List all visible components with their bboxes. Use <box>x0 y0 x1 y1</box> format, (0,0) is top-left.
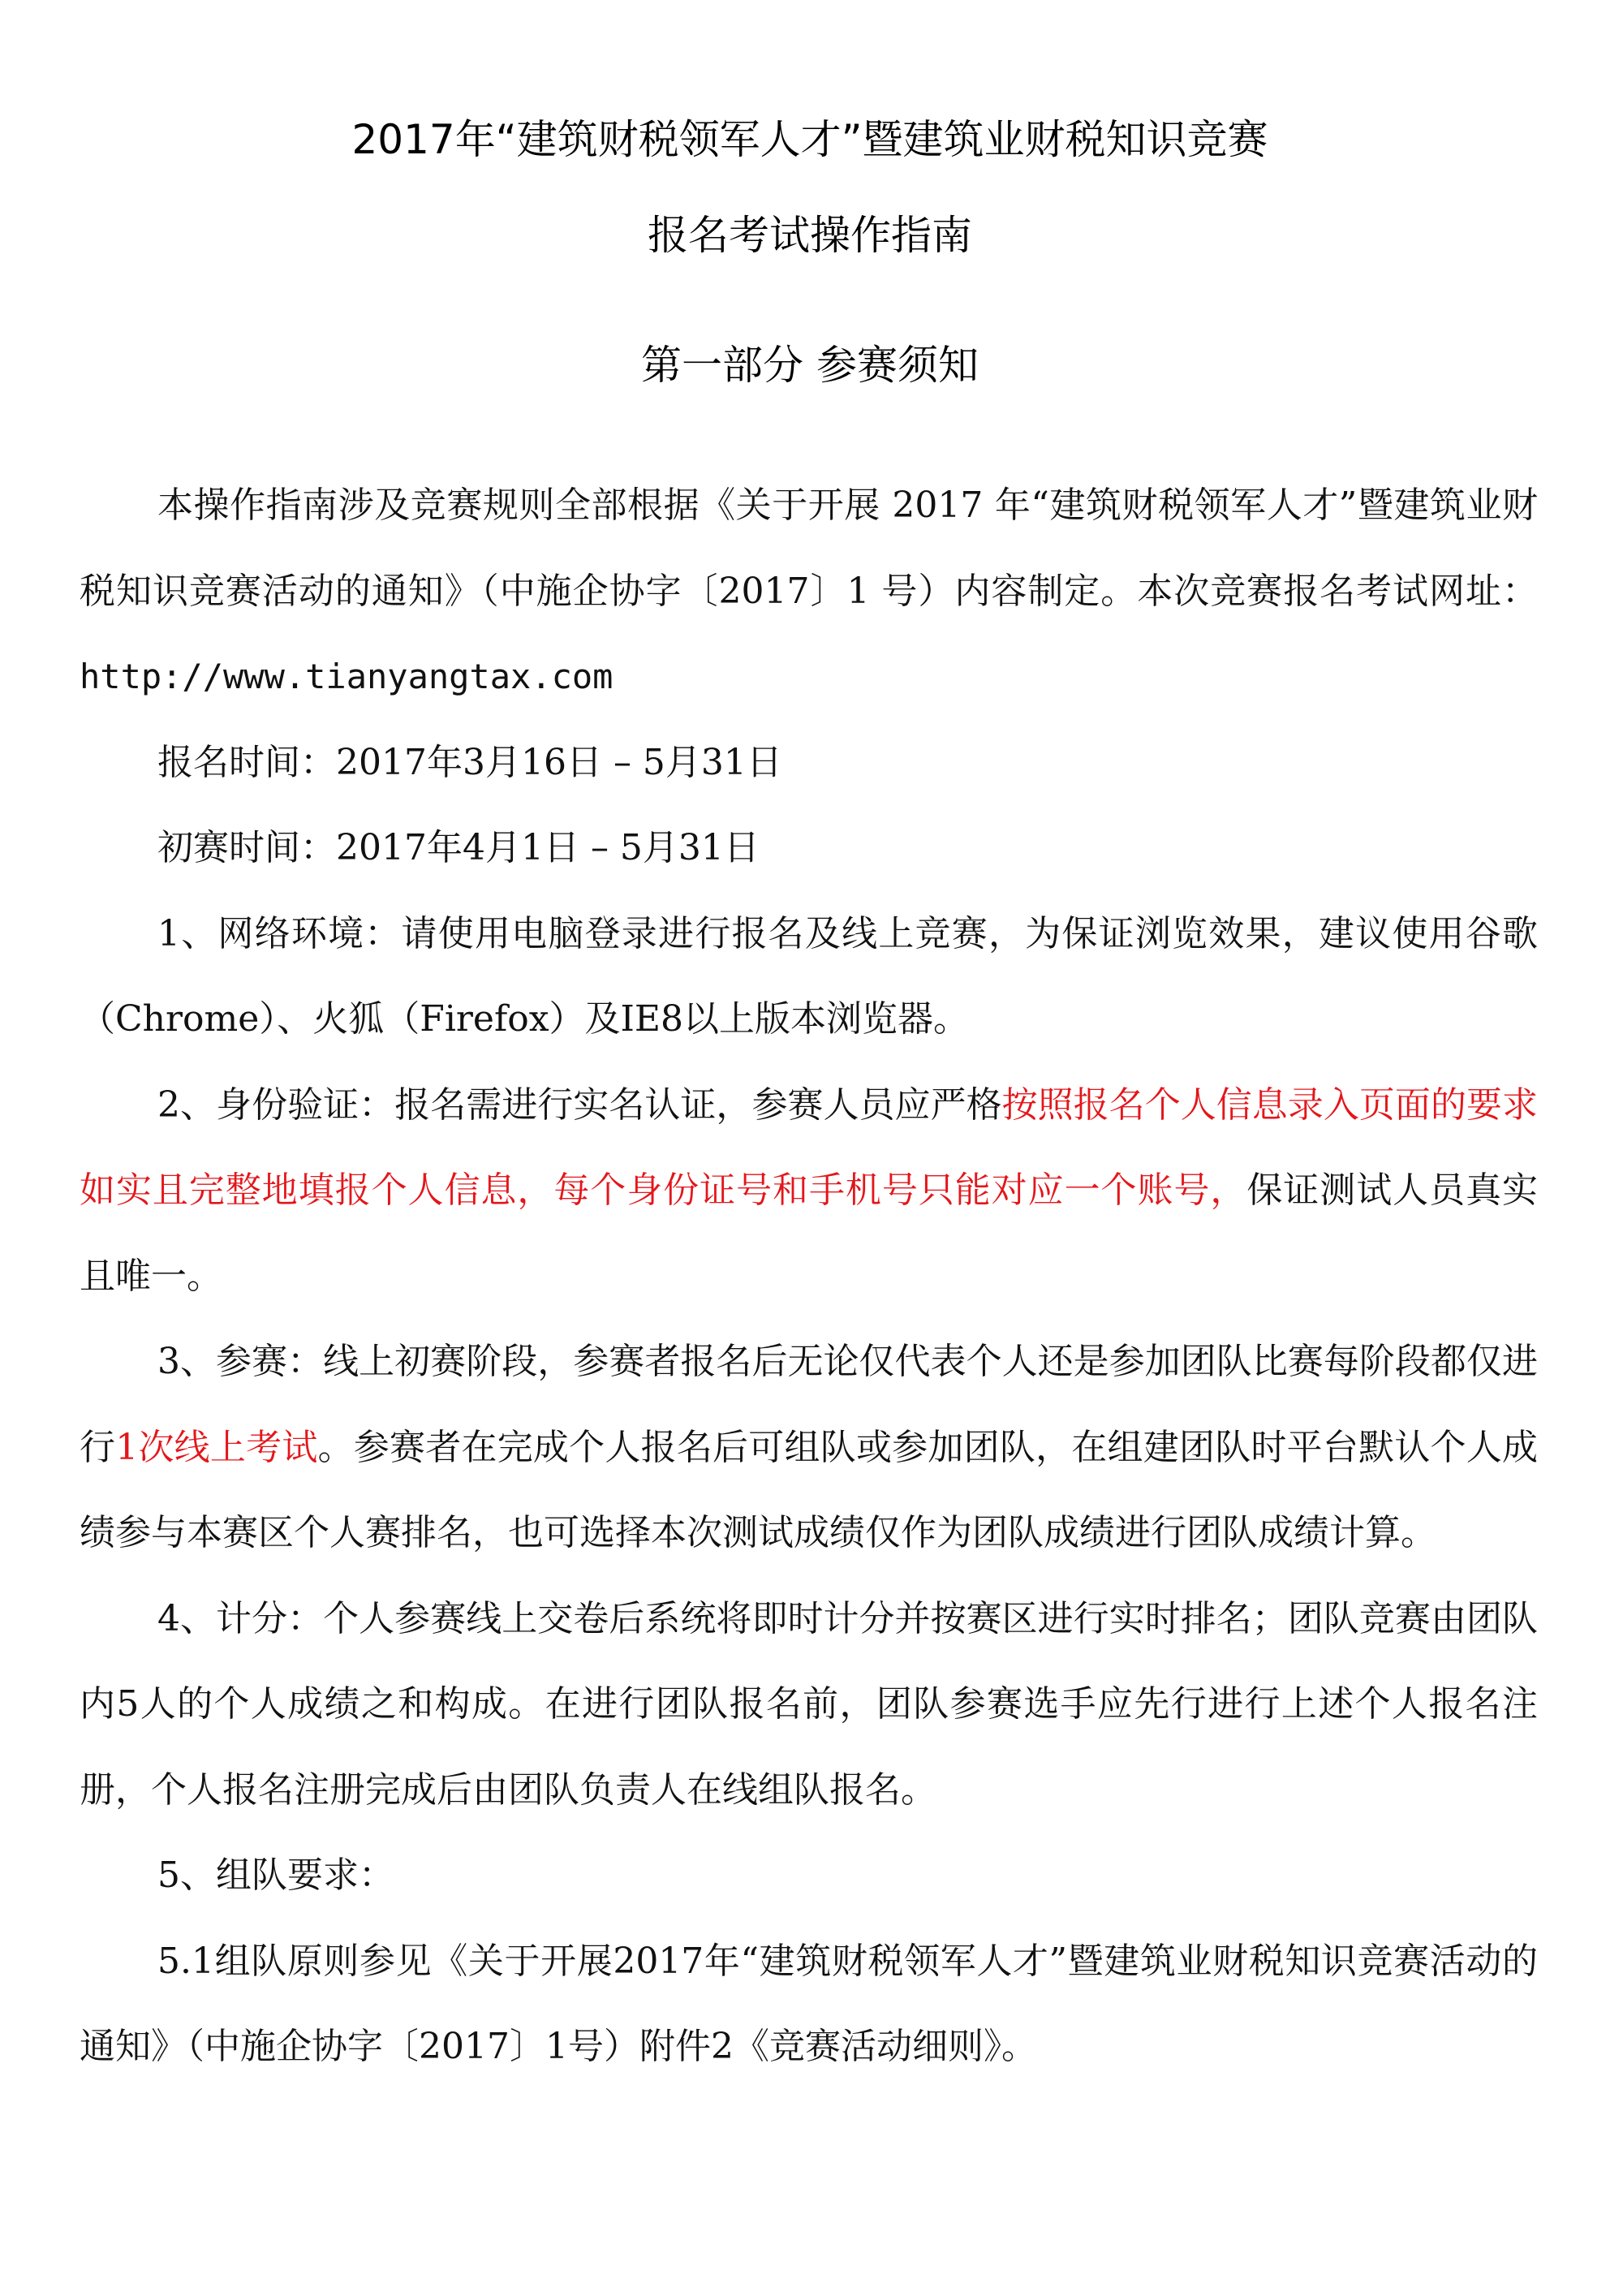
item-participation: 3、参赛：线上初赛阶段，参赛者报名后无论仅代表个人还是参加团队比赛每阶段都仅进行… <box>80 1319 1538 1576</box>
item-team-principles: 5.1组队原则参见《关于开展2017年“建筑财税领军人才”暨建筑业财税知识竞赛活… <box>80 1919 1538 2090</box>
item-scoring: 4、计分：个人参赛线上交卷后系统将即时计分并按赛区进行实时排名；团队竞赛由团队内… <box>80 1576 1538 1833</box>
preliminary-time: 初赛时间：2017年4月1日 – 5月31日 <box>80 805 1538 891</box>
item-text: 5、组队要求： <box>157 1854 394 1896</box>
exam-url-link[interactable]: http://www.tianyangtax.com <box>80 657 613 696</box>
item-team-requirements: 5、组队要求： <box>80 1833 1538 1919</box>
item-network-environment: 1、网络环境：请使用电脑登录进行报名及线上竞赛，为保证浏览效果，建议使用谷歌（C… <box>80 891 1538 1062</box>
intro-paragraph: 本操作指南涉及竞赛规则全部根据《关于开展 2017 年“建筑财税领军人才”暨建筑… <box>80 463 1538 720</box>
item-text: 1、网络环境：请使用电脑登录进行报名及线上竞赛，为保证浏览效果，建议使用谷歌（C… <box>80 913 1538 1040</box>
document-body: 本操作指南涉及竞赛规则全部根据《关于开展 2017 年“建筑财税领军人才”暨建筑… <box>80 463 1538 2090</box>
item-text: 4、计分：个人参赛线上交卷后系统将即时计分并按赛区进行实时排名；团队竞赛由团队内… <box>80 1598 1538 1811</box>
registration-time: 报名时间：2017年3月16日 – 5月31日 <box>80 720 1538 806</box>
document-title: 2017年“建筑财税领军人才”暨建筑业财税知识竞赛 <box>80 115 1540 164</box>
item-identity-verification: 2、身份验证：报名需进行实名认证，参赛人员应严格按照报名个人信息录入页面的要求如… <box>80 1062 1538 1320</box>
section-heading: 第一部分 参赛须知 <box>80 341 1540 390</box>
intro-text: 本操作指南涉及竞赛规则全部根据《关于开展 2017 年“建筑财税领军人才”暨建筑… <box>80 485 1538 612</box>
highlighted-exam-count: 1次线上考试 <box>115 1427 317 1468</box>
item-text: 5.1组队原则参见《关于开展2017年“建筑财税领军人才”暨建筑业财税知识竞赛活… <box>80 1941 1538 2068</box>
item-text: 2、身份验证：报名需进行实名认证，参赛人员应严格 <box>157 1084 1002 1126</box>
document-subtitle: 报名考试操作指南 <box>80 211 1540 260</box>
